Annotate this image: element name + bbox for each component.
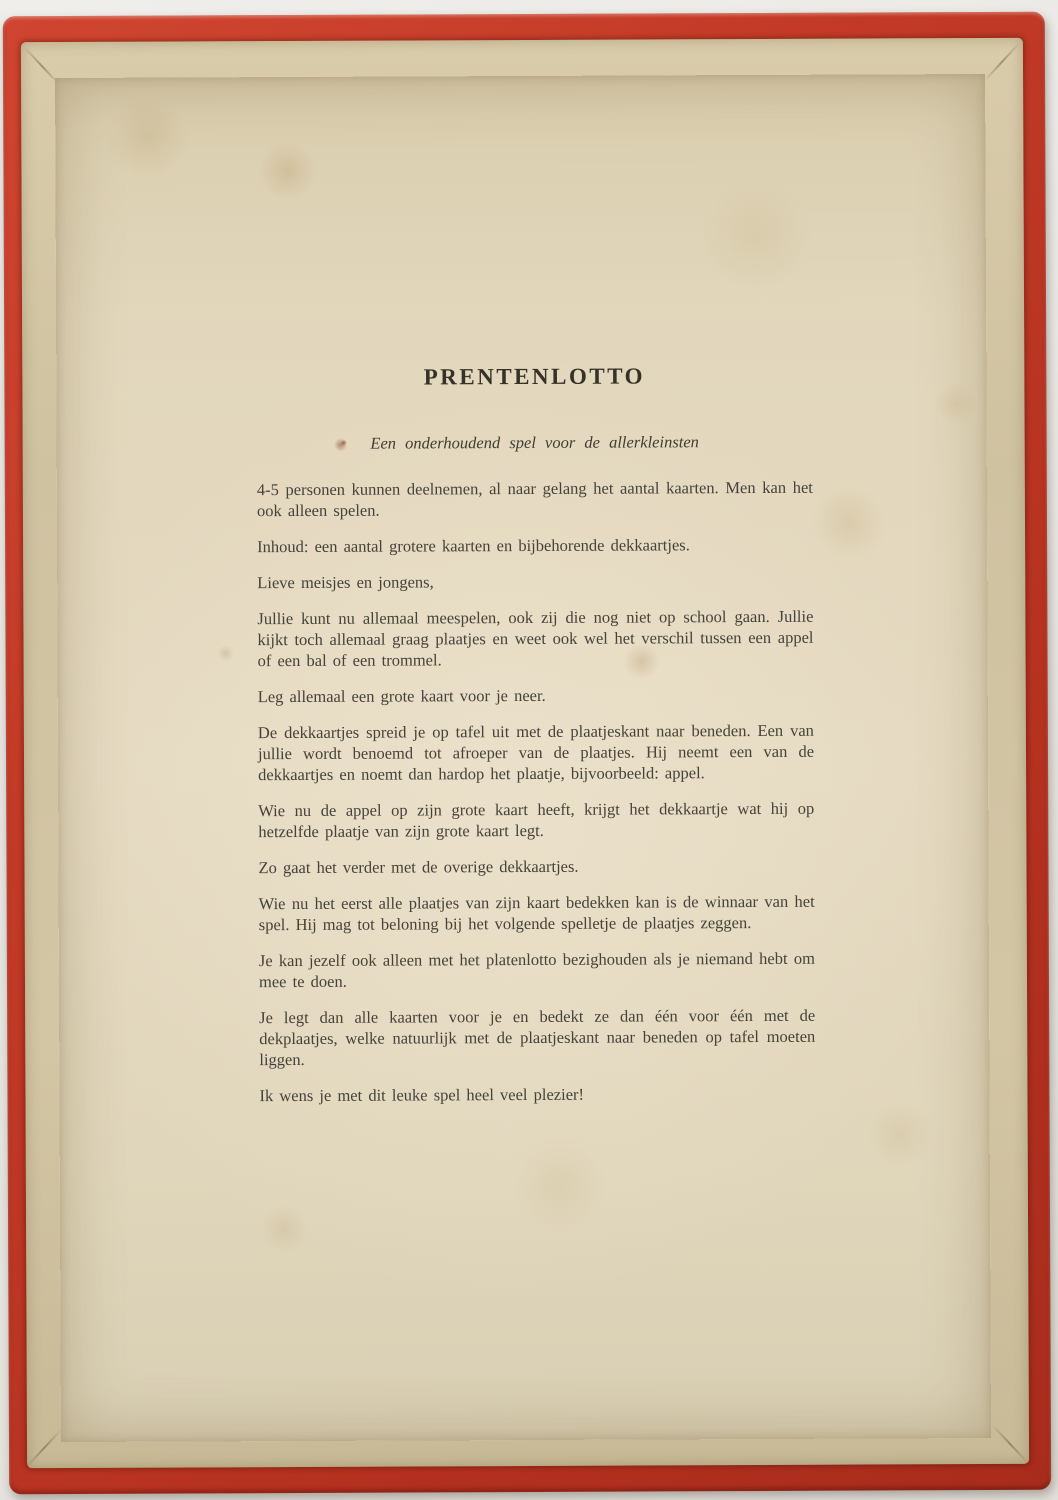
instructions-paragraph: 4-5 personen kunnen deelnemen, al naar g… bbox=[257, 477, 813, 521]
instructions-paragraph: Wie nu het eerst alle plaatjes van zijn … bbox=[259, 891, 815, 935]
box-inner-wall: PRENTENLOTTO Een onderhoudend spel voor … bbox=[21, 38, 1029, 1468]
corner-crease-bottom-right bbox=[991, 1424, 1028, 1463]
instructions-paragraph: Leg allemaal een grote kaart voor je nee… bbox=[258, 684, 814, 707]
instructions-body: 4-5 personen kunnen deelnemen, al naar g… bbox=[257, 477, 816, 1106]
instructions-paragraph: Je kan jezelf ook alleen met het platenl… bbox=[259, 948, 815, 992]
page-subtitle: Een onderhoudend spel voor de allerklein… bbox=[257, 432, 813, 454]
instructions-paragraph: Lieve meisjes en jongens, bbox=[257, 570, 813, 593]
page-title: PRENTENLOTTO bbox=[256, 362, 812, 392]
instructions-paragraph: Je legt dan alle kaarten voor je en bede… bbox=[259, 1005, 815, 1070]
instruction-sheet: PRENTENLOTTO Een onderhoudend spel voor … bbox=[256, 362, 815, 1121]
instructions-paragraph: Ik wens je met dit leuke spel heel veel … bbox=[259, 1083, 815, 1106]
instructions-paragraph: Zo gaat het verder met de overige dekkaa… bbox=[258, 855, 814, 878]
box-floor-paper: PRENTENLOTTO Een onderhoudend spel voor … bbox=[55, 74, 991, 1442]
instructions-paragraph: Inhoud: een aantal grotere kaarten en bi… bbox=[257, 534, 813, 557]
instructions-paragraph: Wie nu de appel op zijn grote kaart heef… bbox=[258, 798, 814, 842]
photo-background: PRENTENLOTTO Een onderhoudend spel voor … bbox=[0, 0, 1058, 1500]
instructions-paragraph: Jullie kunt nu allemaal meespelen, ook z… bbox=[257, 606, 813, 671]
instructions-paragraph: De dekkaartjes spreid je op tafel uit me… bbox=[258, 720, 814, 785]
corner-crease-top-right bbox=[984, 42, 1021, 82]
corner-crease-bottom-left bbox=[26, 1428, 63, 1468]
game-box-lid-rim: PRENTENLOTTO Een onderhoudend spel voor … bbox=[3, 12, 1051, 1495]
